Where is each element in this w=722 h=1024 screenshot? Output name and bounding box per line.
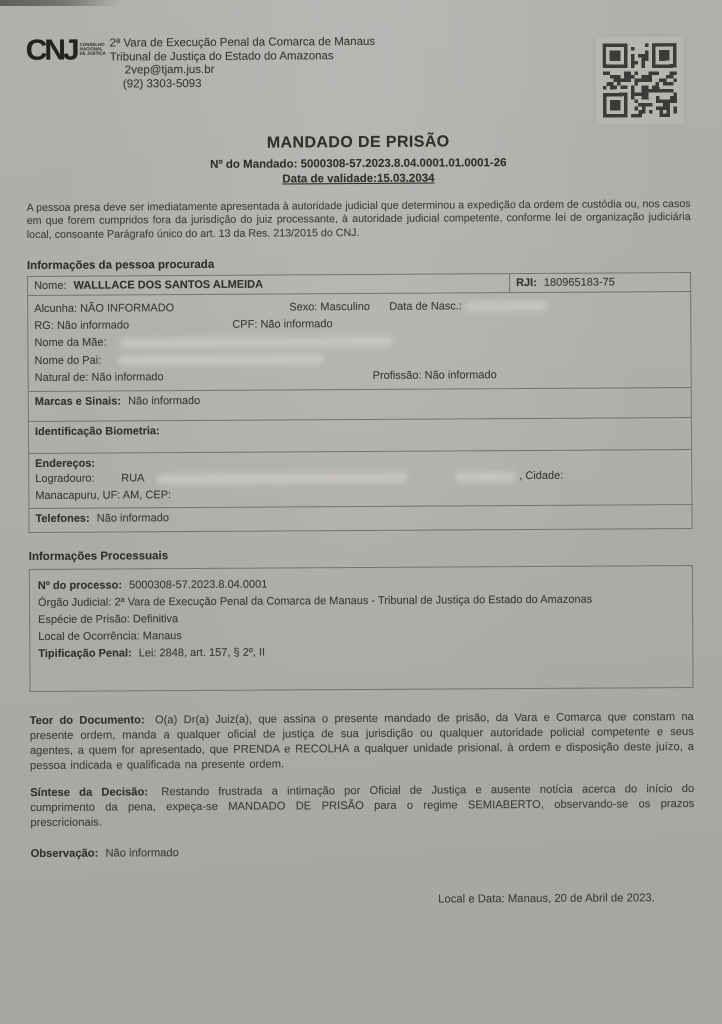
row-natural-profissao: Natural de: Não informado Profissão: Não…	[35, 367, 685, 386]
section-person-title: Informações da pessoa procurada	[27, 256, 691, 272]
observation-label: Observação:	[31, 847, 99, 859]
row-father: Nome do Pai:	[34, 350, 684, 369]
phones-value: Não informado	[97, 512, 169, 524]
title-block: MANDADO DE PRISÃO Nº do Mandado: 5000308…	[26, 132, 690, 187]
cnj-logo: CNJ CONSELHO NACIONAL DE JUSTIÇA	[26, 38, 110, 68]
marks-label: Marcas e Sinais:	[35, 395, 121, 408]
process-number-value: 5000308-57.2023.8.04.0001	[129, 579, 267, 592]
address-line2: Manacapuru, UF: AM, CEP:	[35, 485, 685, 504]
profissao-field: Profissão: Não informado	[373, 368, 497, 384]
validity-date: Data de validade:15.03.2034	[26, 171, 690, 187]
document-title: MANDADO DE PRISÃO	[26, 132, 690, 154]
addresses-row: Endereços: Logradouro: RUA , Cidade: Man…	[29, 449, 691, 508]
document-photo: CNJ CONSELHO NACIONAL DE JUSTIÇA 2ª Vara…	[0, 0, 722, 1024]
content-label: Teor do Documento:	[30, 715, 145, 728]
rji-label: RJI:	[516, 277, 537, 289]
phones-row: Telefones: Não informado	[29, 504, 691, 532]
person-name: WALLLACE DOS SANTOS ALMEIDA	[74, 278, 264, 291]
alcunha-field: Alcunha: NÃO INFORMADO	[34, 300, 289, 317]
cpf-field: CPF: Não informado	[232, 317, 332, 333]
warrant-number: Nº do Mandado: 5000308-57.2023.8.04.0001…	[26, 156, 690, 172]
name-cell: Nome: WALLLACE DOS SANTOS ALMEIDA	[28, 274, 509, 295]
observation-row: Observação: Não informado	[31, 844, 695, 860]
place-and-date: Local e Data: Manaus, 20 de Abril de 202…	[31, 892, 695, 908]
document-content-paragraph: Teor do Documento: O(a) Dr(a) Juiz(a), q…	[30, 710, 694, 773]
rg-field: RG: Não informado	[34, 318, 232, 334]
name-label: Nome:	[34, 280, 66, 292]
court-line1: 2ª Vara de Execução Penal da Comarca de …	[110, 36, 376, 51]
person-table: Nome: WALLLACE DOS SANTOS ALMEIDA RJI: 1…	[27, 272, 693, 533]
penal-classification-value: Lei: 2848, art. 157, § 2º, II	[139, 646, 265, 659]
row-alcunha-sexo: Alcunha: NÃO INFORMADO Sexo: Masculino D…	[34, 298, 684, 317]
street-prefix: RUA	[121, 471, 157, 486]
marks-value: Não informado	[128, 395, 200, 407]
mother-label: Nome da Mãe:	[34, 336, 120, 352]
section-process-title: Informações Processuais	[29, 547, 693, 563]
process-number-label: Nº do processo:	[38, 580, 122, 593]
cnj-sub-line3: DE JUSTIÇA	[80, 51, 97, 56]
personal-data-block: Alcunha: NÃO INFORMADO Sexo: Masculino D…	[28, 291, 691, 391]
rji-value: 180965183-75	[544, 276, 615, 288]
nasc-label: Data de Nasc.:	[389, 299, 462, 315]
biometrics-row: Identificação Biometria:	[29, 417, 691, 453]
warrant-document: CNJ CONSELHO NACIONAL DE JUSTIÇA 2ª Vara…	[0, 0, 722, 908]
qr-code	[596, 36, 685, 125]
penal-classification-label: Tipificação Penal:	[38, 647, 131, 660]
redacted-mother-name	[120, 337, 392, 349]
decision-summary-paragraph: Síntese da Decisão: Restando frustrada a…	[30, 782, 694, 830]
redacted-number	[455, 472, 515, 482]
phones-label: Telefones:	[35, 513, 89, 525]
row-rg-cpf: RG: Não informado CPF: Não informado	[34, 315, 684, 334]
marks-row: Marcas e Sinais: Não informado	[29, 387, 691, 421]
city-suffix: , Cidade:	[519, 469, 563, 484]
cnj-logo-subtitle: CONSELHO NACIONAL DE JUSTIÇA	[80, 43, 97, 56]
sexo-field: Sexo: Masculino	[289, 300, 389, 316]
document-header: CNJ CONSELHO NACIONAL DE JUSTIÇA 2ª Vara…	[26, 34, 691, 128]
legal-notice: A pessoa presa deve ser imediatamente ap…	[27, 198, 691, 242]
redacted-birthdate	[466, 301, 546, 311]
qr-code-image	[603, 43, 677, 117]
row-mother: Nome da Mãe:	[34, 332, 684, 351]
redacted-street	[157, 472, 407, 484]
addresses-label: Endereços:	[35, 458, 95, 470]
biometrics-label: Identificação Biometria:	[35, 425, 160, 438]
observation-value: Não informado	[105, 847, 178, 859]
father-label: Nome do Pai:	[34, 353, 118, 369]
issuing-court-block: 2ª Vara de Execução Penal da Comarca de …	[110, 36, 376, 92]
court-phone: (92) 3303-5093	[110, 76, 376, 91]
penal-classification-row: Tipificação Penal: Lei: 2848, art. 157, …	[38, 643, 684, 663]
address-line1: Logradouro: RUA , Cidade:	[35, 468, 685, 487]
rji-cell: RJI: 180965183-75	[509, 273, 690, 292]
cnj-logo-text: CNJ	[26, 38, 77, 64]
natural-field: Natural de: Não informado	[35, 369, 373, 386]
process-box: Nº do processo: 5000308-57.2023.8.04.000…	[29, 565, 694, 692]
redacted-father-name	[119, 354, 324, 365]
street-label: Logradouro:	[35, 471, 121, 487]
decision-summary-label: Síntese da Decisão:	[30, 787, 148, 800]
